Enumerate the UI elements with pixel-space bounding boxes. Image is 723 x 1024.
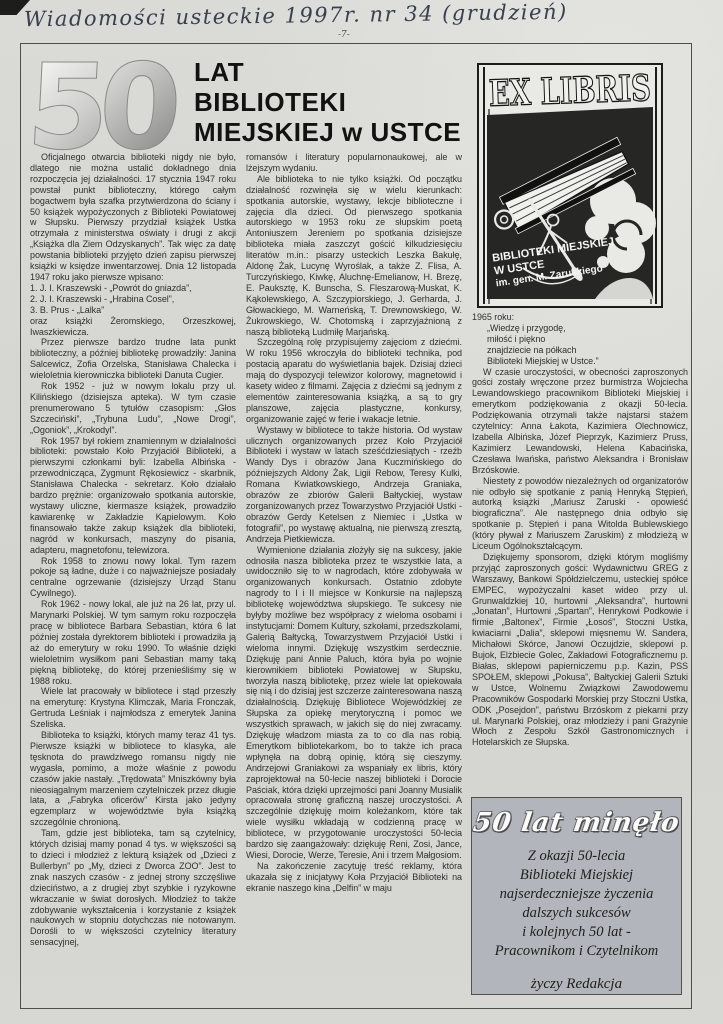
wish-line: najserdeczniejsze życzenia [472, 885, 681, 904]
wish-line: Biblioteki Miejskiej [472, 866, 681, 885]
handwritten-header: Wiadomości usteckie 1997r. nr 34 (grudzi… [24, 1, 494, 32]
paragraph: W czasie uroczystości, w obecności zapro… [472, 367, 688, 476]
wish-line: i kolejnych 50 lat - [472, 923, 681, 942]
exlibris-figure: BIBLIOTEKI MIEJSKIEJ W USTCE im. gen. M.… [477, 63, 663, 308]
paragraph: Przez pierwsze bardzo trudne lata punkt … [30, 337, 236, 381]
paragraph: Rok 1962 - nowy lokal, ale już na 26 lat… [30, 599, 236, 686]
paragraph: Biblioteki Miejskiej w Ustce.” [472, 356, 688, 367]
paragraph: 1965 roku: [472, 312, 688, 323]
paragraph: 2. J. I. Kraszewski - „Hrabina Cosel”, [30, 294, 236, 305]
exlibris-title: EX LIBRIS [488, 67, 651, 115]
paragraph: Rok 1958 to znowu nowy lokal. Tym razem … [30, 556, 236, 600]
paragraph: Ale biblioteka to nie tylko książki. Od … [246, 174, 462, 338]
paragraph: 1. J. I. Kraszewski - „Powrót do gniazda… [30, 283, 236, 294]
scanned-newspaper-page: Wiadomości usteckie 1997r. nr 34 (grudzi… [0, 0, 723, 1024]
headline-title: LAT BIBLIOTEKI MIEJSKIEJ w USTCE [194, 54, 461, 147]
article-column-left: Oficjalnego otwarcia biblioteki nigdy ni… [30, 152, 236, 1006]
paragraph: „Wiedzę i przygodę, [472, 323, 688, 334]
paragraph: Biblioteka to książki, których mamy tera… [30, 730, 236, 828]
greeting-heading: 50 lat minęło [471, 808, 682, 838]
paragraph: Wiele lat pracowały w bibliotece i stąd … [30, 686, 236, 730]
paragraph: znajdziecie na półkach [472, 345, 688, 356]
greeting-signature: życzy Redakcja [472, 976, 681, 993]
page-number: -7- [338, 30, 350, 40]
headline-line-1: LAT [194, 57, 461, 87]
paragraph: Oficjalnego otwarcia biblioteki nigdy ni… [30, 152, 236, 283]
greeting-wishes: Z okazji 50-leciaBiblioteki Miejskiejnaj… [472, 847, 681, 961]
paragraph: Dziękujemy sponsorom, dzięki którym mogl… [472, 552, 688, 748]
paragraph: Rok 1957 był rokiem znamiennym w działal… [30, 436, 236, 556]
paragraph: miłość i piękno [472, 334, 688, 345]
paragraph: Szczególną rolę przypisujemy zajęciom z … [246, 337, 462, 424]
paragraph: romansów i literatury popularnonaukowej,… [246, 152, 462, 174]
paragraph: oraz książki Żeromskiego, Orzeszkowej, I… [30, 316, 236, 338]
headline-line-2: BIBLIOTEKI [194, 87, 461, 117]
wish-line: Z okazji 50-lecia [472, 847, 681, 866]
paragraph: Wystawy w bibliotece to także historia. … [246, 425, 462, 545]
headline-line-3: MIEJSKIEJ w USTCE [194, 117, 461, 147]
paragraph: Na zakończenie zacytuję treść reklamy, k… [246, 861, 462, 894]
wish-line: Pracownikom i Czytelnikom [472, 942, 681, 961]
article-column-right: 1965 roku:„Wiedzę i przygodę,miłość i pi… [472, 312, 688, 792]
paragraph: Wymienione działania złożyły się na sukc… [246, 545, 462, 861]
greeting-box: 50 lat minęło Z okazji 50-leciaBibliotek… [471, 797, 682, 995]
article-column-middle: romansów i literatury popularnonaukowej,… [246, 152, 462, 1006]
paragraph: 3. B. Prus - „Lalka” [30, 305, 236, 316]
svg-text:50: 50 [28, 54, 180, 156]
paragraph: Rok 1952 - już w nowym lokalu przy ul. K… [30, 381, 236, 436]
article-headline: 50 LAT BIBLIOTEKI MIEJSKIEJ w USTCE [28, 54, 461, 156]
wish-line: dalszych sukcesów [472, 904, 681, 923]
paragraph: Tam, gdzie jest biblioteka, tam są czyte… [30, 828, 236, 948]
paragraph: Niestety z powodów niezależnych od organ… [472, 476, 688, 552]
headline-number-50: 50 [28, 54, 180, 156]
